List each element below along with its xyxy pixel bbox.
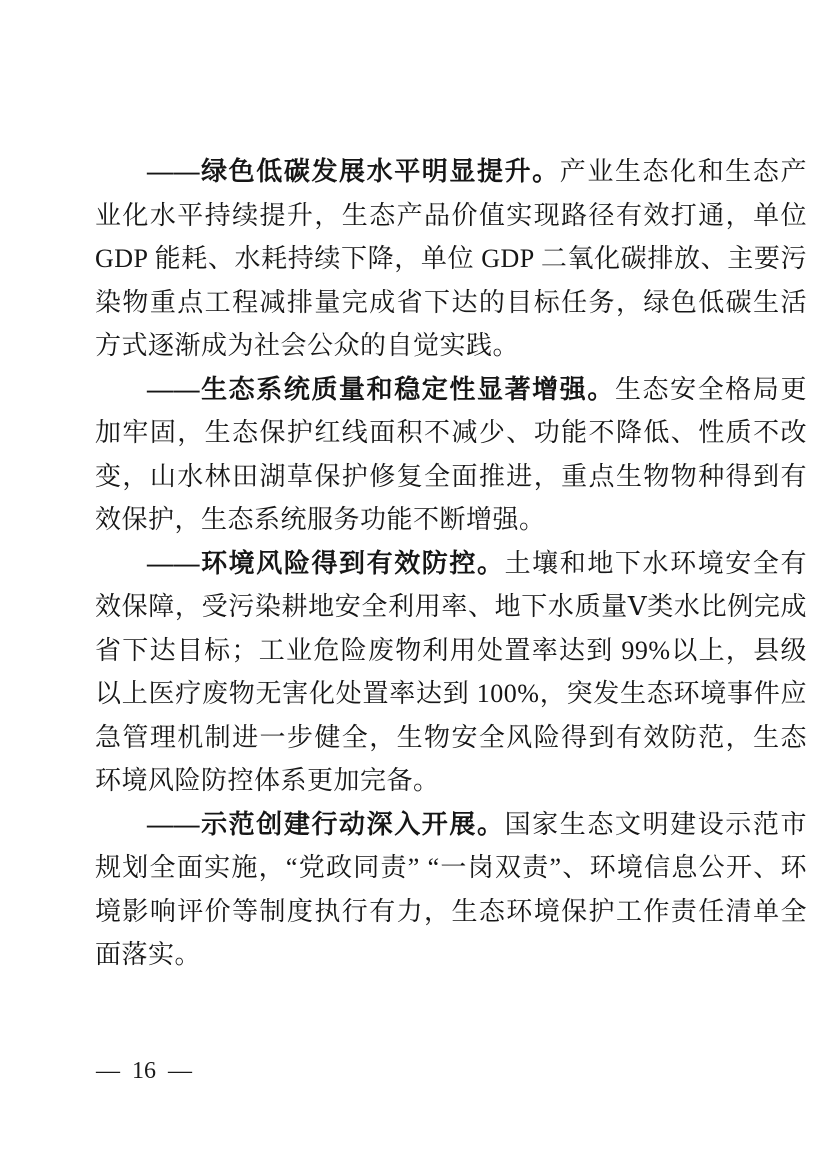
paragraph-ecosystem-stability: ——生态系统质量和稳定性显著增强。生态安全格局更加牢固，生态保护红线面积不减少、… xyxy=(95,368,807,542)
document-body: ——绿色低碳发展水平明显提升。产业生态化和生态产业化水平持续提升，生态产品价值实… xyxy=(95,150,807,977)
footer-left-dash: — xyxy=(96,1056,120,1086)
paragraph-lead: ——生态系统质量和稳定性显著增强。 xyxy=(147,375,615,404)
page-number: 16 xyxy=(132,1056,156,1086)
paragraph-text: 土壤和地下水环境安全有效保障，受污染耕地安全利用率、地下水质量Ⅴ类水比例完成省下… xyxy=(95,549,807,796)
document-page: ——绿色低碳发展水平明显提升。产业生态化和生态产业化水平持续提升，生态产品价值实… xyxy=(0,0,826,1169)
paragraph-lead: ——示范创建行动深入开展。 xyxy=(147,810,505,839)
page-footer: — 16 — xyxy=(96,1056,192,1086)
paragraph-text: 产业生态化和生态产业化水平持续提升，生态产品价值实现路径有效打通，单位 GDP … xyxy=(95,157,807,360)
paragraph-environmental-risk: ——环境风险得到有效防控。土壤和地下水环境安全有效保障，受污染耕地安全利用率、地… xyxy=(95,542,807,803)
footer-right-dash: — xyxy=(168,1056,192,1086)
paragraph-lead: ——绿色低碳发展水平明显提升。 xyxy=(147,157,560,186)
paragraph-demonstration-creation: ——示范创建行动深入开展。国家生态文明建设示范市规划全面实施，“党政同责” “一… xyxy=(95,803,807,977)
paragraph-green-low-carbon: ——绿色低碳发展水平明显提升。产业生态化和生态产业化水平持续提升，生态产品价值实… xyxy=(95,150,807,368)
paragraph-lead: ——环境风险得到有效防控。 xyxy=(147,549,505,578)
